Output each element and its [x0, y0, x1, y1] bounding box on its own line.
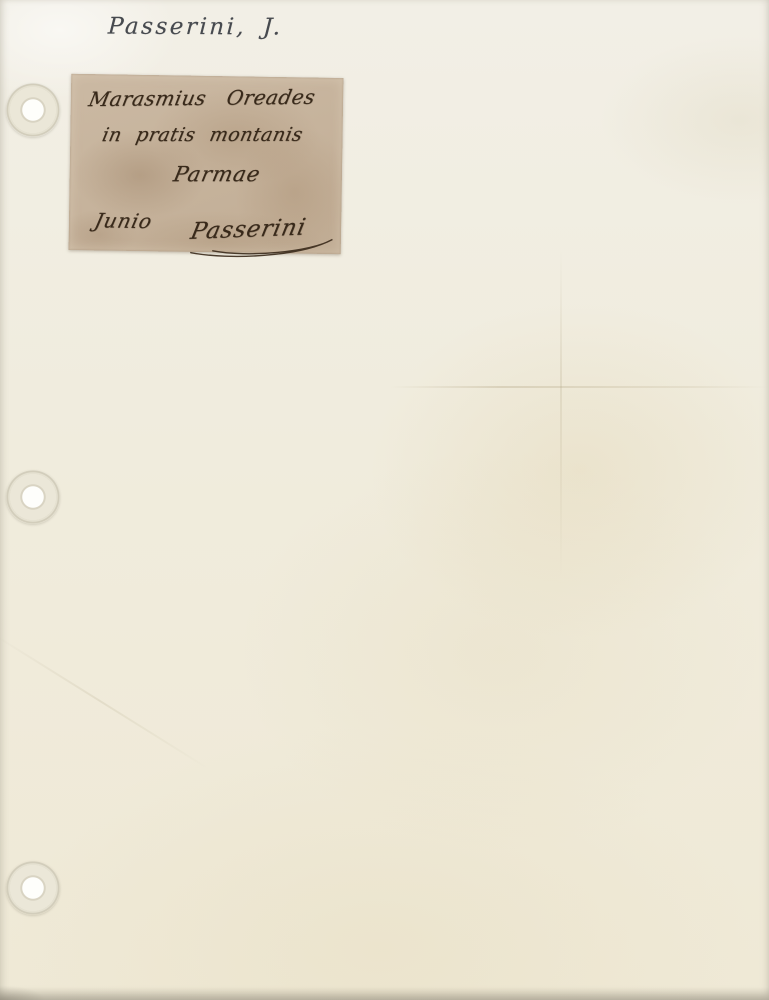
- hole-reinforcement-middle-icon: [6, 470, 60, 524]
- label-habitat-line: in pratis montanis: [100, 124, 305, 146]
- hole-reinforcement-top-icon: [6, 83, 60, 137]
- paper-crease-horizontal: [388, 386, 769, 388]
- hole-reinforcement-bottom-icon: [6, 861, 60, 915]
- collector-annotation: Passerini, J.: [107, 14, 283, 41]
- specimen-label: Marasmius Oreades in pratis montanis Par…: [69, 74, 344, 254]
- label-species-line: Marasmius Oreades: [87, 85, 318, 111]
- label-locality-line: Parmae: [171, 162, 263, 186]
- signature-flourish-icon: [184, 234, 345, 262]
- scanned-album-page: Passerini, J. Marasmius Oreades in prati…: [0, 0, 769, 1000]
- paper-crease-vertical: [560, 250, 562, 580]
- page-bottom-edge: [0, 987, 769, 1000]
- label-date-line: Junio: [92, 208, 155, 233]
- paper-crease-diagonal: [0, 631, 211, 770]
